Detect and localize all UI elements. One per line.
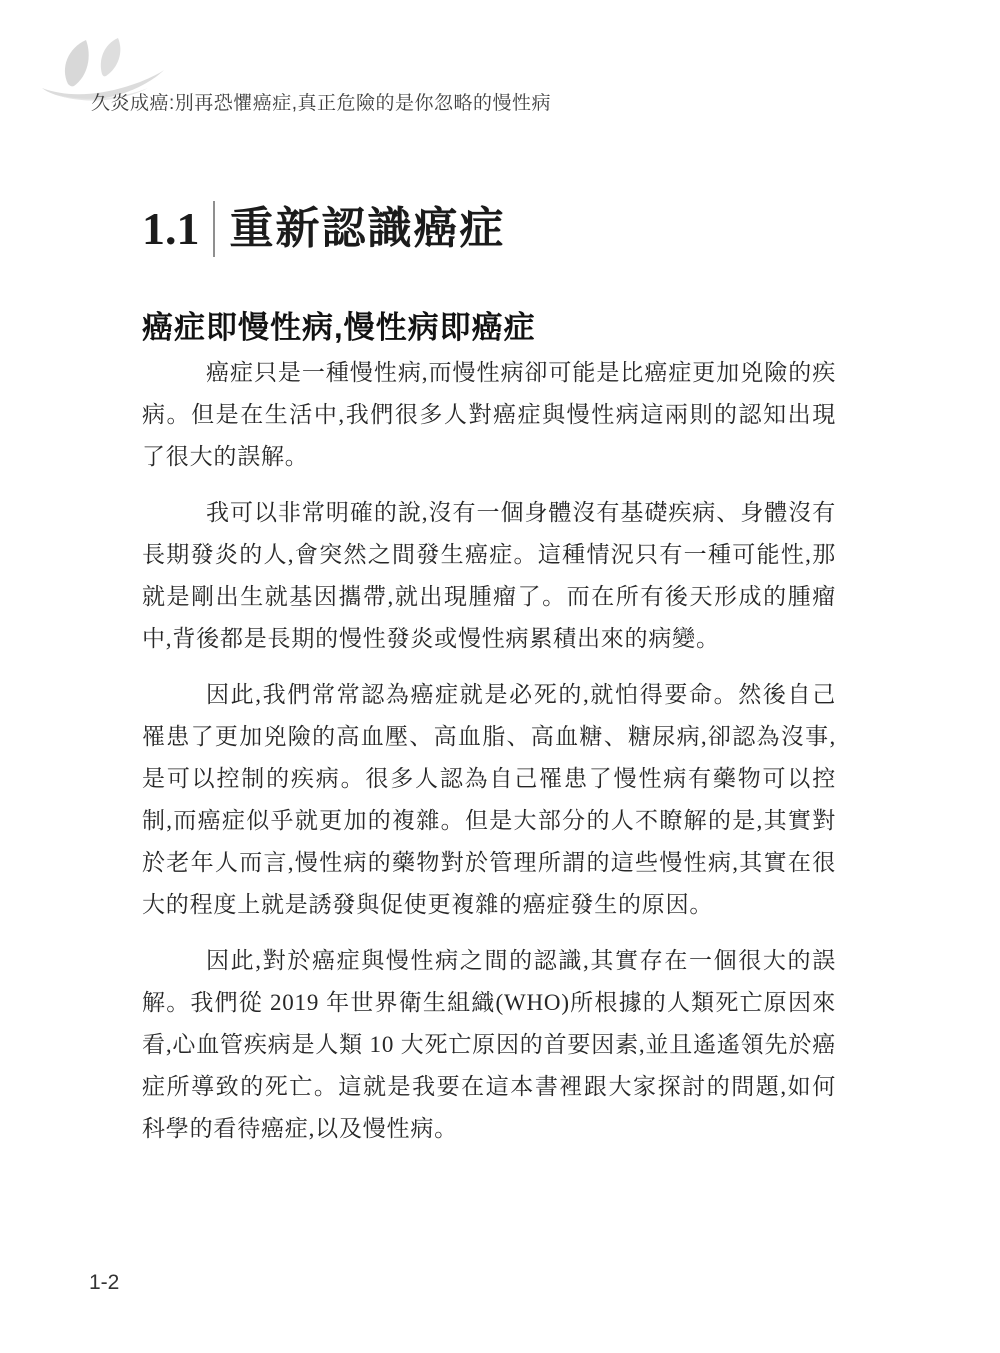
body-paragraph: 因此,對於癌症與慢性病之間的認識,其實存在一個很大的誤解。我們從 2019 年世… bbox=[142, 940, 836, 1150]
section-number: 1.1 bbox=[142, 206, 200, 252]
subsection-heading: 癌症即慢性病,慢性病即癌症 bbox=[142, 302, 536, 347]
body-text-block: 癌症只是一種慢性病,而慢性病卻可能是比癌症更加兇險的疾病。但是在生活中,我們很多… bbox=[142, 352, 836, 1164]
section-divider bbox=[213, 201, 215, 257]
body-paragraph: 癌症只是一種慢性病,而慢性病卻可能是比癌症更加兇險的疾病。但是在生活中,我們很多… bbox=[142, 352, 836, 478]
body-paragraph: 我可以非常明確的說,沒有一個身體沒有基礎疾病、身體沒有長期發炎的人,會突然之間發… bbox=[142, 492, 836, 660]
section-heading: 1.1 重新認識癌症 bbox=[142, 198, 506, 260]
running-head-book-title: 久炎成癌:別再恐懼癌症,真正危險的是你忽略的慢性病 bbox=[91, 88, 551, 115]
body-paragraph: 因此,我們常常認為癌症就是必死的,就怕得要命。然後自己罹患了更加兇險的高血壓、高… bbox=[142, 674, 836, 926]
book-page: 久炎成癌:別再恐懼癌症,真正危險的是你忽略的慢性病 1.1 重新認識癌症 癌症即… bbox=[0, 0, 1000, 1353]
page-number: 1-2 bbox=[89, 1271, 119, 1295]
section-title: 重新認識癌症 bbox=[230, 205, 506, 253]
